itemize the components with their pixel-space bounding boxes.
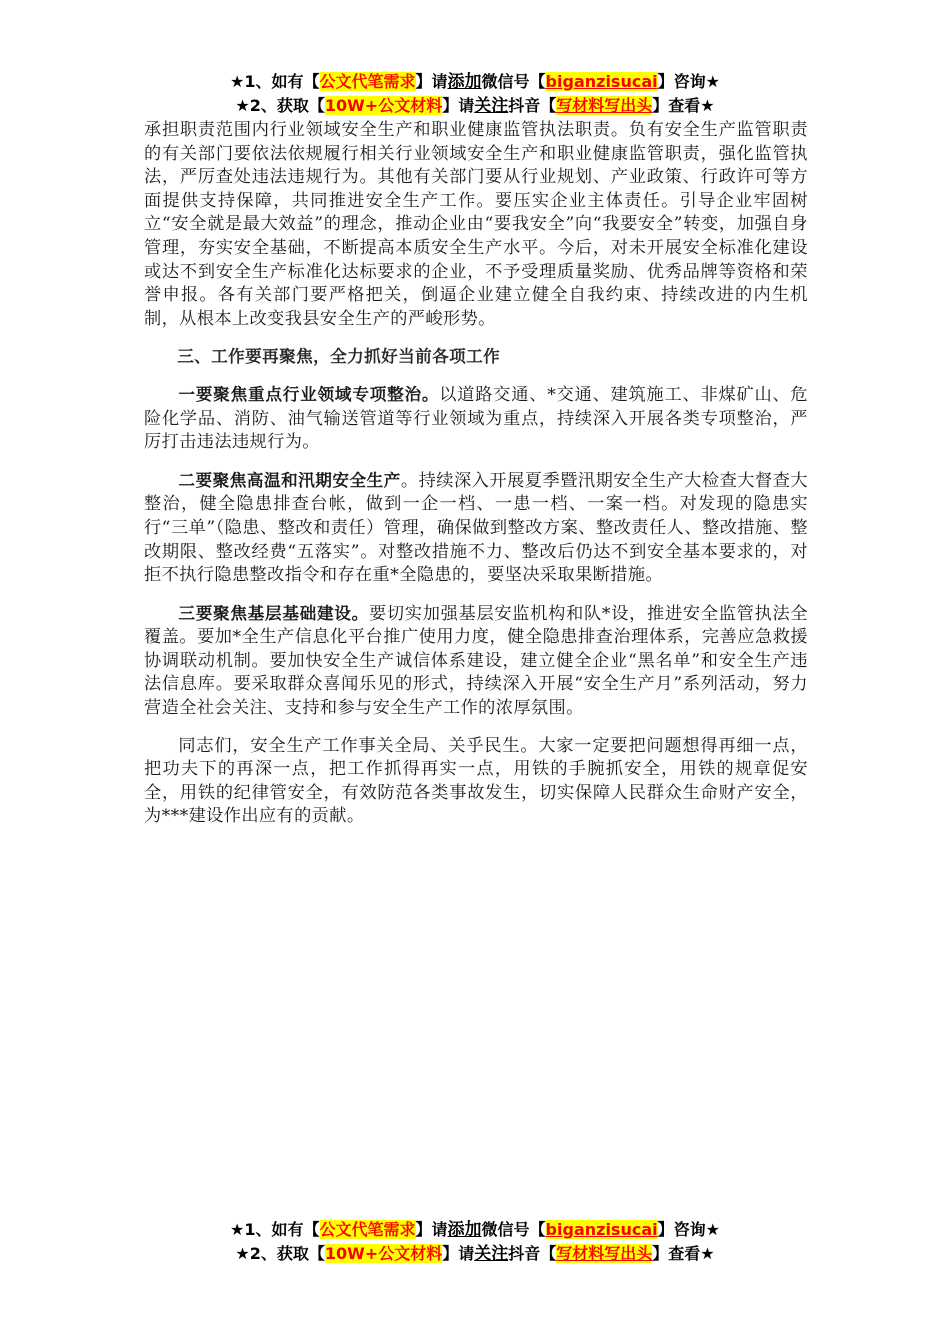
item-lead: 一要聚焦重点行业领域专项整治。 — [178, 385, 439, 404]
wechat-id[interactable]: biganzisucai — [546, 1220, 658, 1239]
douyin-account[interactable]: 写材料写出头 — [556, 96, 652, 115]
document-body: 承担职责范围内行业领域安全生产和职业健康监管执法职责。负有安全生产监管职责的有关… — [144, 119, 808, 829]
highlight-materials: 10W+公文材料 — [325, 1244, 442, 1263]
underlined-add: 添加 — [448, 1220, 482, 1240]
banner-text: 微信号【 — [482, 72, 546, 91]
underlined-follow: 关注 — [474, 1244, 508, 1264]
banner-line-1: ★1、如有【公文代笔需求】请添加微信号【biganzisucai】咨询★ — [0, 1218, 950, 1242]
underlined-follow: 关注 — [474, 96, 508, 116]
banner-text: 】查看★ — [652, 1244, 714, 1263]
banner-line-2: ★2、获取【10W+公文材料】请关注抖音【写材料写出头】查看★ — [0, 94, 950, 118]
banner-text: ★1、如有【 — [230, 72, 319, 91]
highlight-service: 公文代笔需求 — [320, 1220, 416, 1239]
banner-text: ★2、获取【 — [235, 96, 324, 115]
banner-text: 】咨询★ — [658, 1220, 720, 1239]
banner-text: 】请 — [416, 72, 448, 91]
banner-line-2: ★2、获取【10W+公文材料】请关注抖音【写材料写出头】查看★ — [0, 1242, 950, 1266]
douyin-account[interactable]: 写材料写出头 — [556, 1244, 652, 1263]
paragraph-responsibilities: 承担职责范围内行业领域安全生产和职业健康监管执法职责。负有安全生产监管职责的有关… — [144, 119, 808, 331]
banner-text: ★2、获取【 — [235, 1244, 324, 1263]
banner-line-1: ★1、如有【公文代笔需求】请添加微信号【biganzisucai】咨询★ — [0, 70, 950, 94]
item-grassroots: 三要聚焦基层基础建设。要切实加强基层安监机构和队*设，推进安全监管执法全覆盖。要… — [144, 602, 808, 721]
item-lead: 二要聚焦高温和汛期安全生产 — [178, 471, 400, 490]
closing-paragraph: 同志们，安全生产工作事关全局、关乎民生。大家一定要把问题想得再细一点，把功夫下的… — [144, 735, 808, 829]
banner-text: 】请 — [442, 1244, 474, 1263]
item-lead: 三要聚焦基层基础建设。 — [178, 604, 369, 623]
highlight-materials: 10W+公文材料 — [325, 96, 442, 115]
banner-text: 抖音【 — [508, 96, 556, 115]
item-flood-season: 二要聚焦高温和汛期安全生产。持续深入开展夏季暨汛期安全生产大检查大督查大整治，健… — [144, 469, 808, 588]
banner-text: 微信号【 — [482, 1220, 546, 1239]
banner-text: 抖音【 — [508, 1244, 556, 1263]
banner-text: 】查看★ — [652, 96, 714, 115]
item-special-rectification: 一要聚焦重点行业领域专项整治。以道路交通、*交通、建筑施工、非煤矿山、危险化学品… — [144, 383, 808, 455]
header-banner: ★1、如有【公文代笔需求】请添加微信号【biganzisucai】咨询★ ★2、… — [0, 70, 950, 118]
banner-text: 】咨询★ — [658, 72, 720, 91]
banner-text: ★1、如有【 — [230, 1220, 319, 1239]
wechat-id[interactable]: biganzisucai — [546, 72, 658, 91]
highlight-service: 公文代笔需求 — [320, 72, 416, 91]
banner-text: 】请 — [442, 96, 474, 115]
footer-banner: ★1、如有【公文代笔需求】请添加微信号【biganzisucai】咨询★ ★2、… — [0, 1218, 950, 1266]
underlined-add: 添加 — [448, 72, 482, 92]
banner-text: 】请 — [416, 1220, 448, 1239]
section-heading: 三、工作要再聚焦，全力抓好当前各项工作 — [144, 345, 808, 369]
